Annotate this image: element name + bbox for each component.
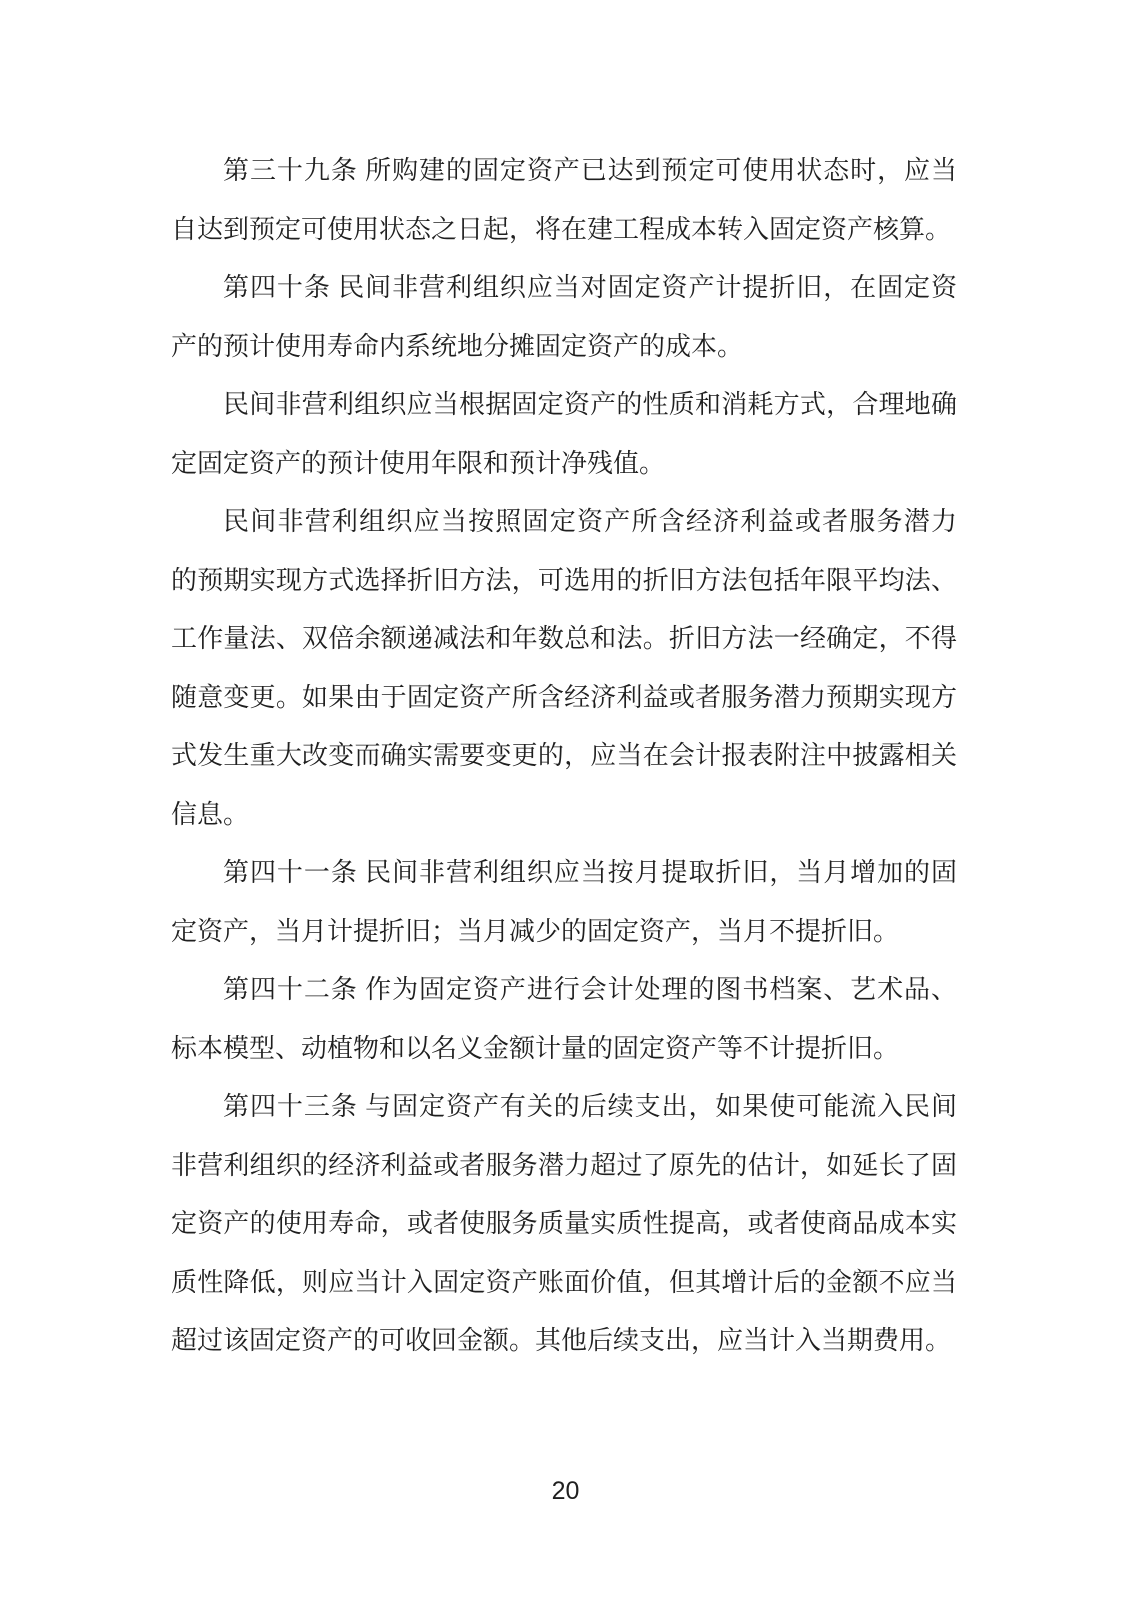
text-line: 定资产的使用寿命，或者使服务质量实质性提高，或者使商品成本实 [171, 1195, 957, 1254]
document-page: 第三十九条 所购建的固定资产已达到预定可使用状态时，应当自达到预定可使用状态之日… [0, 0, 1131, 1600]
text-line: 随意变更。如果由于固定资产所含经济利益或者服务潜力预期实现方 [171, 669, 957, 728]
page-number: 20 [0, 1477, 1131, 1506]
text-line: 第四十二条 作为固定资产进行会计处理的图书档案、艺术品、 [171, 961, 957, 1020]
text-line: 民间非营利组织应当按照固定资产所含经济利益或者服务潜力 [171, 493, 957, 552]
text-line: 非营利组织的经济利益或者服务潜力超过了原先的估计，如延长了固 [171, 1137, 957, 1196]
text-line: 信息。 [171, 786, 957, 845]
text-line: 产的预计使用寿命内系统地分摊固定资产的成本。 [171, 318, 957, 377]
document-body: 第三十九条 所购建的固定资产已达到预定可使用状态时，应当自达到预定可使用状态之日… [171, 142, 957, 1371]
text-line: 第四十一条 民间非营利组织应当按月提取折旧，当月增加的固 [171, 844, 957, 903]
text-line: 民间非营利组织应当根据固定资产的性质和消耗方式，合理地确 [171, 376, 957, 435]
text-line: 定固定资产的预计使用年限和预计净残值。 [171, 435, 957, 494]
text-line: 质性降低，则应当计入固定资产账面价值，但其增计后的金额不应当 [171, 1254, 957, 1313]
text-line: 第四十三条 与固定资产有关的后续支出，如果使可能流入民间 [171, 1078, 957, 1137]
text-line: 工作量法、双倍余额递减法和年数总和法。折旧方法一经确定，不得 [171, 610, 957, 669]
text-line: 超过该固定资产的可收回金额。其他后续支出，应当计入当期费用。 [171, 1312, 957, 1371]
text-line: 标本模型、动植物和以名义金额计量的固定资产等不计提折旧。 [171, 1020, 957, 1079]
text-line: 的预期实现方式选择折旧方法，可选用的折旧方法包括年限平均法、 [171, 552, 957, 611]
text-line: 第三十九条 所购建的固定资产已达到预定可使用状态时，应当 [171, 142, 957, 201]
text-line: 式发生重大改变而确实需要变更的，应当在会计报表附注中披露相关 [171, 727, 957, 786]
text-line: 第四十条 民间非营利组织应当对固定资产计提折旧，在固定资 [171, 259, 957, 318]
text-line: 定资产，当月计提折旧；当月减少的固定资产，当月不提折旧。 [171, 903, 957, 962]
text-line: 自达到预定可使用状态之日起，将在建工程成本转入固定资产核算。 [171, 201, 957, 260]
